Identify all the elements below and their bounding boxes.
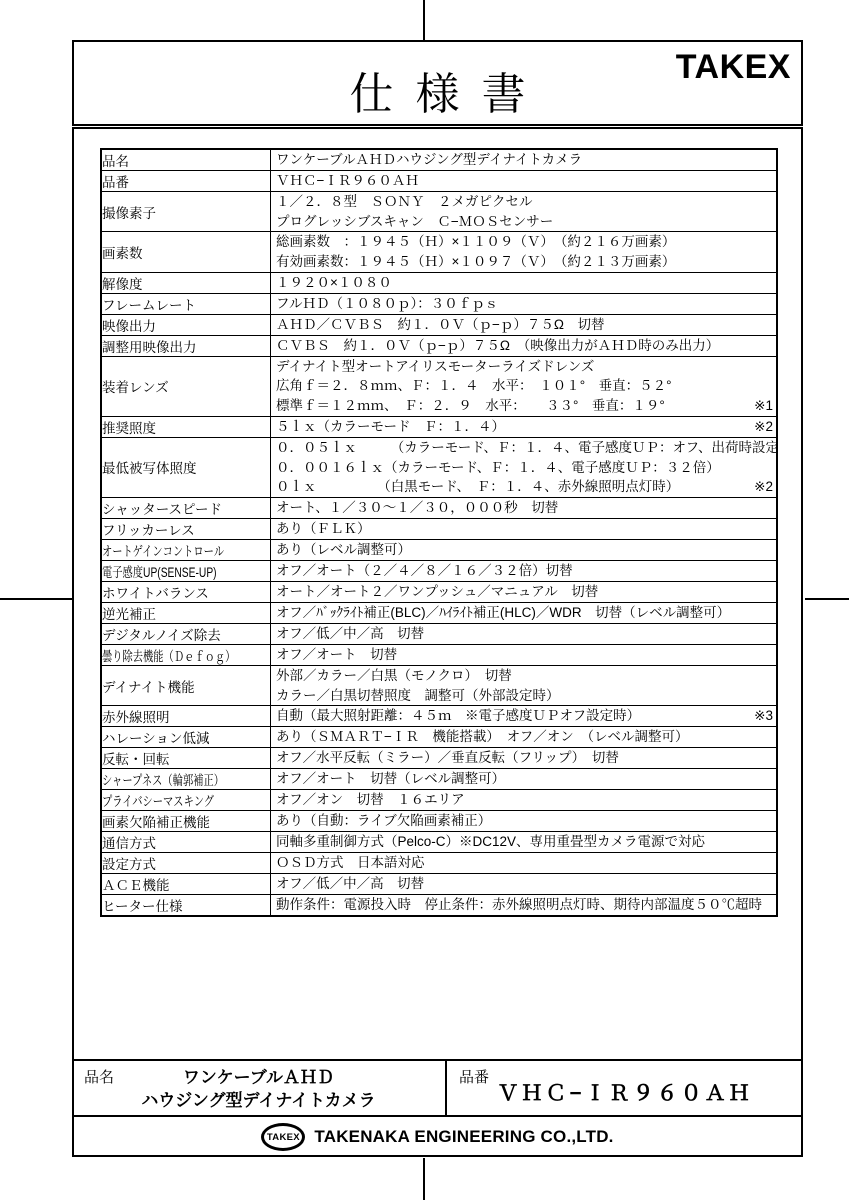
spec-label: デジタルノイズ除去 <box>101 623 271 644</box>
spec-label: シャッタースピード <box>101 497 271 518</box>
spec-row: 赤外線照明自動（最大照射距離：４５ｍ ※電子感度ＵＰオフ設定時）※3 <box>101 706 777 727</box>
spec-value-line: ５ｌｘ（カラーモード Ｆ：１．４）※2 <box>271 417 776 437</box>
spec-value: １／２．８型 ＳＯＮＹ ２メガピクセルプログレッシブスキャン Ｃ−ＭＯＳセンサー <box>271 192 778 232</box>
spec-value: ＣＶＢＳ 約１．０Ｖ（ｐ−ｐ）７５Ω （映像出力がＡＨＤ時のみ出力） <box>271 335 778 356</box>
spec-value-line: ＡＨＤ／ＣＶＢＳ 約１．０Ｖ（ｐ−ｐ）７５Ω 切替 <box>271 315 776 335</box>
crop-mark-bottom <box>423 1158 425 1200</box>
spec-row: 品番ＶＨＣ−ＩＲ９６０ＡＨ <box>101 171 777 192</box>
spec-row: 曇り除去機能（Ｄｅｆｏｇ）オフ／オート 切替 <box>101 644 777 665</box>
spec-value-line: プログレッシブスキャン Ｃ−ＭＯＳセンサー <box>271 212 776 232</box>
spec-row: シャッタースピードオート、１／３０～１／３０，０００秒 切替 <box>101 497 777 518</box>
spec-row: デイナイト機能外部／カラー／白黒（モノクロ） 切替カラー／白黒切替照度 調整可（… <box>101 665 777 705</box>
spec-row: ホワイトバランスオート／オート２／ワンプッシュ／マニュアル 切替 <box>101 581 777 602</box>
spec-row: 設定方式ＯＳＤ方式 日本語対応 <box>101 853 777 874</box>
spec-label: ホワイトバランス <box>101 581 271 602</box>
spec-label: 撮像素子 <box>101 192 271 232</box>
spec-row: オートゲインコントロールあり（レベル調整可） <box>101 539 777 560</box>
spec-value-line: 総画素数 ：１９４５（Ｈ）×１１０９（Ｖ） （約２１６万画素） <box>271 232 776 252</box>
spec-value-line: ０．００１６ｌｘ（カラーモード、Ｆ：１．４、電子感度ＵＰ：３２倍） <box>271 458 776 478</box>
product-number-cell: 品番 ＶＨＣ−ＩＲ９６０ＡＨ <box>447 1061 803 1115</box>
spec-value-line: １９２０×１０８０ <box>271 273 776 293</box>
spec-label: 映像出力 <box>101 314 271 335</box>
spec-value-line: ワンケーブルＡＨＤハウジング型デイナイトカメラ <box>271 150 776 170</box>
spec-value-line: デイナイト型オートアイリスモーターライズドレンズ <box>271 357 776 377</box>
spec-value-line: オート、１／３０～１／３０，０００秒 切替 <box>271 498 776 518</box>
spec-row: 画素欠陥補正機能あり（自動：ライブ欠陥画素補正） <box>101 811 777 832</box>
spec-value: 自動（最大照射距離：４５ｍ ※電子感度ＵＰオフ設定時）※3 <box>271 706 778 727</box>
takex-ellipse-logo-icon: TAKEX <box>261 1123 305 1151</box>
spec-label: フレームレート <box>101 293 271 314</box>
spec-row: 品名ワンケーブルＡＨＤハウジング型デイナイトカメラ <box>101 149 777 171</box>
spec-row: プライバシーマスキングオフ／オン 切替 １６エリア <box>101 790 777 811</box>
product-name-label: 品名 <box>84 1066 114 1087</box>
product-name-value: ワンケーブルＡＨＤ ハウジング型デイナイトカメラ <box>72 1061 445 1113</box>
spec-value-line: あり（レベル調整可） <box>271 540 776 560</box>
spec-row: 通信方式同軸多重制御方式（Pelco-C）※DC12V、専用重畳型カメラ電源で対… <box>101 832 777 853</box>
product-number-label: 品番 <box>459 1066 489 1087</box>
spec-row: 逆光補正オフ／ﾊﾞｯｸﾗｲﾄ補正(BLC)／ﾊｲﾗｲﾄ補正(HLC)／WDR 切… <box>101 602 777 623</box>
spec-row: 電子感度UP(SENSE-UP)オフ／オート（２／４／８／１６／３２倍）切替 <box>101 560 777 581</box>
spec-value-line: 外部／カラー／白黒（モノクロ） 切替 <box>271 666 776 686</box>
spec-row: フリッカーレスあり（ＦＬＫ） <box>101 518 777 539</box>
company-footer: TAKEX TAKENAKA ENGINEERING CO.,LTD. <box>72 1117 803 1157</box>
spec-row: ＡＣＥ機能オフ／低／中／高 切替 <box>101 874 777 895</box>
spec-value: ０．０５ｌｘ （カラーモード、Ｆ：１．４、電子感度ＵＰ：オフ、出荷時設定）０．０… <box>271 437 778 497</box>
spec-value: 総画素数 ：１９４５（Ｈ）×１１０９（Ｖ） （約２１６万画素）有効画素数：１９４… <box>271 232 778 272</box>
spec-label: フリッカーレス <box>101 518 271 539</box>
spec-row: ハレーション低減あり（ＳＭＡＲＴ−ＩＲ 機能搭載） オフ／オン （レベル調整可） <box>101 727 777 748</box>
company-name: TAKENAKA ENGINEERING CO.,LTD. <box>314 1127 613 1147</box>
spec-value: ５ｌｘ（カラーモード Ｆ：１．４）※2 <box>271 416 778 437</box>
spec-label: 通信方式 <box>101 832 271 853</box>
spec-value: オフ／オート（２／４／８／１６／３２倍）切替 <box>271 560 778 581</box>
product-name-cell: 品名 ワンケーブルＡＨＤ ハウジング型デイナイトカメラ <box>72 1061 447 1115</box>
spec-label: 赤外線照明 <box>101 706 271 727</box>
spec-value-line: オフ／低／中／高 切替 <box>271 874 776 894</box>
spec-label: 設定方式 <box>101 853 271 874</box>
spec-value-line: オフ／オン 切替 １６エリア <box>271 790 776 810</box>
spec-value-line: カラー／白黒切替照度 調整可（外部設定時） <box>271 686 776 706</box>
spec-row: 解像度１９２０×１０８０ <box>101 272 777 293</box>
spec-value: オフ／低／中／高 切替 <box>271 623 778 644</box>
takex-brand-logo: TAKEX <box>676 48 791 87</box>
crop-mark-right <box>805 598 849 600</box>
spec-table: 品名ワンケーブルＡＨＤハウジング型デイナイトカメラ品番ＶＨＣ−ＩＲ９６０ＡＨ撮像… <box>100 148 778 917</box>
spec-value-line: １／２．８型 ＳＯＮＹ ２メガピクセル <box>271 192 776 212</box>
spec-label: 品名 <box>101 149 271 171</box>
spec-row: 反転・回転オフ／水平反転（ミラー）／垂直反転（フリップ） 切替 <box>101 748 777 769</box>
spec-value-line: オフ／ﾊﾞｯｸﾗｲﾄ補正(BLC)／ﾊｲﾗｲﾄ補正(HLC)／WDR 切替（レベ… <box>271 603 776 623</box>
spec-value: オフ／ﾊﾞｯｸﾗｲﾄ補正(BLC)／ﾊｲﾗｲﾄ補正(HLC)／WDR 切替（レベ… <box>271 602 778 623</box>
spec-label: 最低被写体照度 <box>101 437 271 497</box>
spec-row: 装着レンズデイナイト型オートアイリスモーターライズドレンズ広角ｆ＝２．８ｍｍ、Ｆ… <box>101 356 777 416</box>
spec-value-line: ０ｌｘ （白黒モード、 Ｆ：１．４、赤外線照明点灯時）※2 <box>271 477 776 497</box>
spec-value-line: ＶＨＣ−ＩＲ９６０ＡＨ <box>271 171 776 191</box>
spec-row: フレームレートフルＨＤ（１０８０ｐ）：３０ｆｐｓ <box>101 293 777 314</box>
spec-value: あり（レベル調整可） <box>271 539 778 560</box>
spec-value: あり（ＳＭＡＲＴ−ＩＲ 機能搭載） オフ／オン （レベル調整可） <box>271 727 778 748</box>
spec-value-line: 広角ｆ＝２．８ｍｍ、Ｆ：１．４ 水平： １０１° 垂直：５２° <box>271 376 776 396</box>
product-name-line2: ハウジング型デイナイトカメラ <box>72 1090 445 1113</box>
spec-value: あり（自動：ライブ欠陥画素補正） <box>271 811 778 832</box>
spec-value-line: オフ／低／中／高 切替 <box>271 624 776 644</box>
spec-label: デイナイト機能 <box>101 665 271 705</box>
spec-label: 調整用映像出力 <box>101 335 271 356</box>
spec-value: フルＨＤ（１０８０ｐ）：３０ｆｐｓ <box>271 293 778 314</box>
product-number-value: ＶＨＣ−ＩＲ９６０ＡＨ <box>447 1061 803 1107</box>
spec-value-line: あり（ＦＬＫ） <box>271 519 776 539</box>
product-summary-row: 品名 ワンケーブルＡＨＤ ハウジング型デイナイトカメラ 品番 ＶＨＣ−ＩＲ９６０… <box>72 1059 803 1117</box>
spec-row: 画素数総画素数 ：１９４５（Ｈ）×１１０９（Ｖ） （約２１６万画素）有効画素数：… <box>101 232 777 272</box>
spec-value: オート、１／３０～１／３０，０００秒 切替 <box>271 497 778 518</box>
spec-value-line: オート／オート２／ワンプッシュ／マニュアル 切替 <box>271 582 776 602</box>
spec-value: ＶＨＣ−ＩＲ９６０ＡＨ <box>271 171 778 192</box>
spec-value: オフ／オート 切替 <box>271 644 778 665</box>
spec-value: オート／オート２／ワンプッシュ／マニュアル 切替 <box>271 581 778 602</box>
spec-label: 品番 <box>101 171 271 192</box>
spec-value-line: フルＨＤ（１０８０ｐ）：３０ｆｐｓ <box>271 294 776 314</box>
spec-label: 画素欠陥補正機能 <box>101 811 271 832</box>
spec-label: 推奨照度 <box>101 416 271 437</box>
spec-value-line: オフ／オート 切替（レベル調整可） <box>271 769 776 789</box>
note-mark: ※1 <box>754 396 776 416</box>
spec-value-line: 動作条件：電源投入時 停止条件：赤外線照明点灯時、期待内部温度５０℃超時 <box>271 895 776 915</box>
spec-table-body: 品名ワンケーブルＡＨＤハウジング型デイナイトカメラ品番ＶＨＣ−ＩＲ９６０ＡＨ撮像… <box>101 149 777 916</box>
spec-value: オフ／低／中／高 切替 <box>271 874 778 895</box>
spec-row: デジタルノイズ除去オフ／低／中／高 切替 <box>101 623 777 644</box>
spec-value: あり（ＦＬＫ） <box>271 518 778 539</box>
spec-row: 撮像素子１／２．８型 ＳＯＮＹ ２メガピクセルプログレッシブスキャン Ｃ−ＭＯＳ… <box>101 192 777 232</box>
spec-value-line: オフ／オート（２／４／８／１６／３２倍）切替 <box>271 561 776 581</box>
title-header-box: 仕様書 TAKEX <box>72 40 803 126</box>
spec-value-line: あり（自動：ライブ欠陥画素補正） <box>271 811 776 831</box>
note-mark: ※2 <box>754 477 776 497</box>
spec-label: 曇り除去機能（Ｄｅｆｏｇ） <box>101 644 271 665</box>
spec-label: ヒーター仕様 <box>101 895 271 917</box>
spec-label: 解像度 <box>101 272 271 293</box>
product-name-line1: ワンケーブルＡＨＤ <box>72 1067 445 1090</box>
spec-label: 反転・回転 <box>101 748 271 769</box>
spec-value: 動作条件：電源投入時 停止条件：赤外線照明点灯時、期待内部温度５０℃超時 <box>271 895 778 917</box>
spec-value: ＡＨＤ／ＣＶＢＳ 約１．０Ｖ（ｐ−ｐ）７５Ω 切替 <box>271 314 778 335</box>
note-mark: ※2 <box>754 417 776 437</box>
spec-label: ハレーション低減 <box>101 727 271 748</box>
crop-mark-left <box>0 598 74 600</box>
spec-value: オフ／オン 切替 １６エリア <box>271 790 778 811</box>
spec-value-line: オフ／水平反転（ミラー）／垂直反転（フリップ） 切替 <box>271 748 776 768</box>
note-mark: ※3 <box>754 706 776 726</box>
spec-row: 映像出力ＡＨＤ／ＣＶＢＳ 約１．０Ｖ（ｐ−ｐ）７５Ω 切替 <box>101 314 777 335</box>
spec-value-line: ＯＳＤ方式 日本語対応 <box>271 853 776 873</box>
spec-value-line: ０．０５ｌｘ （カラーモード、Ｆ：１．４、電子感度ＵＰ：オフ、出荷時設定） <box>271 438 776 458</box>
spec-value-line: 自動（最大照射距離：４５ｍ ※電子感度ＵＰオフ設定時）※3 <box>271 706 776 726</box>
spec-row: 最低被写体照度０．０５ｌｘ （カラーモード、Ｆ：１．４、電子感度ＵＰ：オフ、出荷… <box>101 437 777 497</box>
spec-value-line: 有効画素数：１９４５（Ｈ）×１０９７（Ｖ） （約２１３万画素） <box>271 252 776 272</box>
spec-row: シャープネス（輪郭補正）オフ／オート 切替（レベル調整可） <box>101 769 777 790</box>
spec-label: ＡＣＥ機能 <box>101 874 271 895</box>
spec-label: 逆光補正 <box>101 602 271 623</box>
spec-value-line: ＣＶＢＳ 約１．０Ｖ（ｐ−ｐ）７５Ω （映像出力がＡＨＤ時のみ出力） <box>271 336 776 356</box>
spec-value: ワンケーブルＡＨＤハウジング型デイナイトカメラ <box>271 149 778 171</box>
spec-label: 装着レンズ <box>101 356 271 416</box>
spec-label: 電子感度UP(SENSE-UP) <box>101 560 271 581</box>
spec-value: デイナイト型オートアイリスモーターライズドレンズ広角ｆ＝２．８ｍｍ、Ｆ：１．４ … <box>271 356 778 416</box>
spec-value-line: オフ／オート 切替 <box>271 645 776 665</box>
spec-value: 同軸多重制御方式（Pelco-C）※DC12V、専用重畳型カメラ電源で対応 <box>271 832 778 853</box>
spec-value: １９２０×１０８０ <box>271 272 778 293</box>
spec-row: 調整用映像出力ＣＶＢＳ 約１．０Ｖ（ｐ−ｐ）７５Ω （映像出力がＡＨＤ時のみ出力… <box>101 335 777 356</box>
spec-label: プライバシーマスキング <box>101 790 271 811</box>
spec-value-line: 標準ｆ＝１２ｍｍ、 Ｆ：２．９ 水平： ３３° 垂直：１９°※1 <box>271 396 776 416</box>
spec-value-line: 同軸多重制御方式（Pelco-C）※DC12V、専用重畳型カメラ電源で対応 <box>271 832 776 852</box>
spec-value: オフ／水平反転（ミラー）／垂直反転（フリップ） 切替 <box>271 748 778 769</box>
spec-label: オートゲインコントロール <box>101 539 271 560</box>
spec-value: オフ／オート 切替（レベル調整可） <box>271 769 778 790</box>
spec-value: 外部／カラー／白黒（モノクロ） 切替カラー／白黒切替照度 調整可（外部設定時） <box>271 665 778 705</box>
spec-label: シャープネス（輪郭補正） <box>101 769 271 790</box>
spec-value-line: あり（ＳＭＡＲＴ−ＩＲ 機能搭載） オフ／オン （レベル調整可） <box>271 727 776 747</box>
spec-label: 画素数 <box>101 232 271 272</box>
spec-value: ＯＳＤ方式 日本語対応 <box>271 853 778 874</box>
spec-row: 推奨照度５ｌｘ（カラーモード Ｆ：１．４）※2 <box>101 416 777 437</box>
spec-row: ヒーター仕様動作条件：電源投入時 停止条件：赤外線照明点灯時、期待内部温度５０℃… <box>101 895 777 917</box>
crop-mark-top <box>423 0 425 40</box>
